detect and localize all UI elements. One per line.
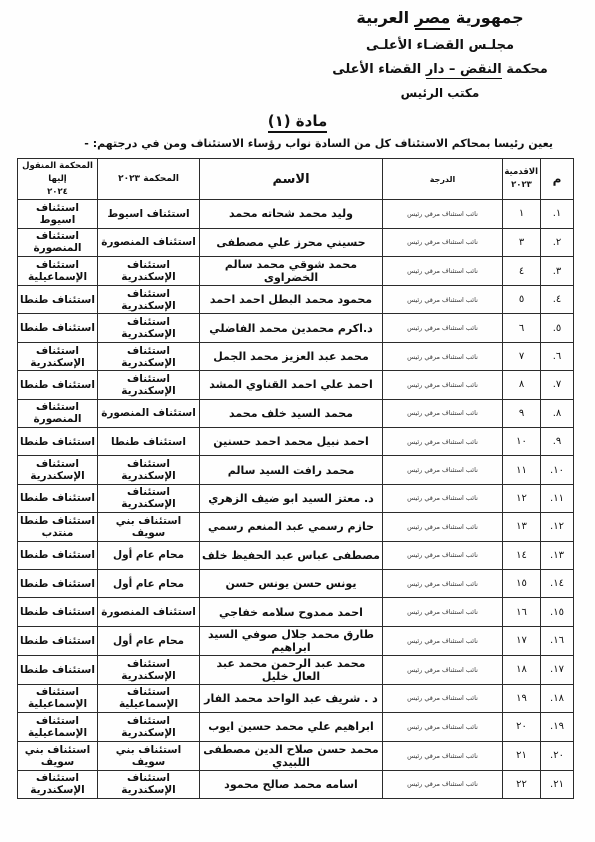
court-2023-cell: استئناف الإسكندرية: [98, 456, 200, 484]
name-cell: محمد عبد الرحمن محمد عبد العال خليل: [200, 655, 383, 684]
document-page: جمهورية مصر العربية مجلـس القضـاء الأعلـ…: [0, 0, 595, 842]
court-to-cell: استئناف طنطا: [18, 427, 98, 455]
seniority-cell: ١٤: [503, 541, 541, 569]
row-number-cell: ١.: [541, 200, 574, 228]
court-2023-cell: محام عام أول: [98, 541, 200, 569]
row-number-cell: ١٥.: [541, 598, 574, 626]
court-2023-cell: استئناف الإسكندرية: [98, 655, 200, 684]
grade-cell: نائب استئناف مرقي رئيس: [383, 427, 503, 455]
court-to-cell: استئناف طنطا: [18, 598, 98, 626]
seniority-cell: ٢٠: [503, 713, 541, 741]
court-to-cell: استئناف طنطا منتدب: [18, 513, 98, 541]
court-to-cell: استئناف طنطا: [18, 286, 98, 314]
table-row: ٤. ٥ نائب استئناف مرقي رئيس محمود محمد ا…: [18, 286, 574, 314]
seniority-cell: ١٧: [503, 626, 541, 655]
grade-cell: نائب استئناف مرقي رئيس: [383, 541, 503, 569]
court-to-cell: استئناف الإسكندرية: [18, 456, 98, 484]
court-to-cell: استئناف طنطا: [18, 371, 98, 399]
name-cell: محمود محمد البطل احمد احمد: [200, 286, 383, 314]
grade-cell: نائب استئناف مرقي رئيس: [383, 342, 503, 370]
court-2023-cell: استئناف الإسكندرية: [98, 713, 200, 741]
grade-cell: نائب استئناف مرقي رئيس: [383, 569, 503, 597]
name-cell: د . شريف عبد الواحد محمد الفار: [200, 684, 383, 712]
row-number-cell: ١٩.: [541, 713, 574, 741]
name-cell: محمد حسن صلاح الدين مصطفى اللبيدي: [200, 741, 383, 770]
country-title-part1: جمهورية: [456, 8, 524, 27]
seniority-cell: ١١: [503, 456, 541, 484]
court-line-underlined: النقض – دار: [426, 62, 502, 79]
office-line: مكتب الرئيس: [305, 86, 575, 100]
article-intro: يعين رئيسا بمحاكم الاستئناف كل من السادة…: [20, 137, 553, 150]
table-row: ٨. ٩ نائب استئناف مرقي رئيس محمد السيد خ…: [18, 399, 574, 427]
country-title-part3: العربية: [356, 8, 409, 27]
court-line: محكمة النقض – دار القضاء الأعلى: [305, 62, 575, 77]
header-court-2023: المحكمة ٢٠٢٣: [98, 159, 200, 200]
table-row: ٩. ١٠ نائب استئناف مرقي رئيس احمد نبيل م…: [18, 427, 574, 455]
name-cell: اسامه محمد صالح محمود: [200, 770, 383, 798]
seniority-cell: ٣: [503, 228, 541, 256]
name-cell: احمد علي احمد القناوي المشد: [200, 371, 383, 399]
court-2023-cell: استئناف الإسكندرية: [98, 257, 200, 286]
table-row: ١١. ١٢ نائب استئناف مرقي رئيس د. معتز ال…: [18, 484, 574, 512]
court-2023-cell: استئناف الإسكندرية: [98, 484, 200, 512]
table-row: ١. ١ نائب استئناف مرقي رئيس وليد محمد شح…: [18, 200, 574, 228]
name-cell: طارق محمد جلال صوفي السيد ابراهيم: [200, 626, 383, 655]
seniority-cell: ٩: [503, 399, 541, 427]
row-number-cell: ١٢.: [541, 513, 574, 541]
court-2023-cell: استئناف الإسكندرية: [98, 371, 200, 399]
country-title-part2: مصر: [415, 8, 451, 30]
court-2023-cell: استئناف الإسكندرية: [98, 770, 200, 798]
seniority-cell: ١٢: [503, 484, 541, 512]
grade-cell: نائب استئناف مرقي رئيس: [383, 371, 503, 399]
name-cell: حسيني محرز علي مصطفى: [200, 228, 383, 256]
row-number-cell: ٢.: [541, 228, 574, 256]
court-to-cell: استئناف الإسكندرية: [18, 342, 98, 370]
grade-cell: نائب استئناف مرقي رئيس: [383, 456, 503, 484]
name-cell: وليد محمد شحاته محمد: [200, 200, 383, 228]
name-cell: يونس حسن يونس حسن: [200, 569, 383, 597]
court-to-cell: استئناف الإسماعيلية: [18, 713, 98, 741]
seniority-cell: ١٠: [503, 427, 541, 455]
grade-cell: نائب استئناف مرقي رئيس: [383, 314, 503, 342]
name-cell: حازم رسمي عبد المنعم رسمي: [200, 513, 383, 541]
table-row: ١٤. ١٥ نائب استئناف مرقي رئيس يونس حسن ي…: [18, 569, 574, 597]
seniority-cell: ٤: [503, 257, 541, 286]
court-2023-cell: استئناف المنصورة: [98, 598, 200, 626]
name-cell: احمد ممدوح سلامه خفاجي: [200, 598, 383, 626]
table-row: ١٩. ٢٠ نائب استئناف مرقي رئيس ابراهيم عل…: [18, 713, 574, 741]
grade-cell: نائب استئناف مرقي رئيس: [383, 399, 503, 427]
court-to-cell: استئناف المنصورة: [18, 228, 98, 256]
letterhead: جمهورية مصر العربية مجلـس القضـاء الأعلـ…: [305, 8, 575, 100]
grade-cell: نائب استئناف مرقي رئيس: [383, 257, 503, 286]
seniority-cell: ١: [503, 200, 541, 228]
court-2023-cell: استئناف المنصورة: [98, 399, 200, 427]
header-row: م الاقدمية ٢٠٢٣ الدرجة الاسم المحكمة ٢٠٢…: [18, 159, 574, 200]
header-seniority: الاقدمية ٢٠٢٣: [503, 159, 541, 200]
row-number-cell: ٧.: [541, 371, 574, 399]
court-to-cell: استئناف طنطا: [18, 484, 98, 512]
court-to-cell: استئناف اسيوط: [18, 200, 98, 228]
name-cell: محمد عبد العزيز محمد الجمل: [200, 342, 383, 370]
table-row: ١٠. ١١ نائب استئناف مرقي رئيس محمد رافت …: [18, 456, 574, 484]
grade-cell: نائب استئناف مرقي رئيس: [383, 713, 503, 741]
grade-cell: نائب استئناف مرقي رئيس: [383, 286, 503, 314]
row-number-cell: ٩.: [541, 427, 574, 455]
header-court-to-line2: ٢٠٢٤: [20, 186, 95, 199]
grade-cell: نائب استئناف مرقي رئيس: [383, 770, 503, 798]
court-to-cell: استئناف طنطا: [18, 626, 98, 655]
table-row: ٦. ٧ نائب استئناف مرقي رئيس محمد عبد الع…: [18, 342, 574, 370]
article-title-text: مادة (١): [268, 112, 328, 133]
grade-cell: نائب استئناف مرقي رئيس: [383, 200, 503, 228]
seniority-cell: ٨: [503, 371, 541, 399]
grade-cell: نائب استئناف مرقي رئيس: [383, 228, 503, 256]
row-number-cell: ٣.: [541, 257, 574, 286]
table-row: ٢١. ٢٢ نائب استئناف مرقي رئيس اسامه محمد…: [18, 770, 574, 798]
name-cell: محمد رافت السيد سالم: [200, 456, 383, 484]
row-number-cell: ١١.: [541, 484, 574, 512]
seniority-cell: ١٩: [503, 684, 541, 712]
header-num: م: [541, 159, 574, 200]
seniority-cell: ١٨: [503, 655, 541, 684]
grade-cell: نائب استئناف مرقي رئيس: [383, 626, 503, 655]
judges-table-body: ١. ١ نائب استئناف مرقي رئيس وليد محمد شح…: [18, 200, 574, 799]
court-to-cell: استئناف الإسماعيلية: [18, 257, 98, 286]
row-number-cell: ١٣.: [541, 541, 574, 569]
table-row: ١٣. ١٤ نائب استئناف مرقي رئيس مصطفى عباس…: [18, 541, 574, 569]
row-number-cell: ٦.: [541, 342, 574, 370]
council-line: مجلـس القضـاء الأعلـى: [305, 38, 575, 53]
court-to-cell: استئناف الإسكندرية: [18, 770, 98, 798]
article-title: مادة (١): [0, 112, 595, 130]
court-to-cell: استئناف بني سويف: [18, 741, 98, 770]
country-title: جمهورية مصر العربية: [305, 8, 575, 27]
court-line-post: القضاء الأعلى: [332, 62, 421, 77]
court-to-cell: استئناف الإسماعيلية: [18, 684, 98, 712]
court-to-cell: استئناف طنطا: [18, 655, 98, 684]
header-name: الاسم: [200, 159, 383, 200]
court-2023-cell: استئناف الإسكندرية: [98, 314, 200, 342]
seniority-cell: ١٦: [503, 598, 541, 626]
header-seniority-line2: ٢٠٢٣: [505, 179, 538, 192]
row-number-cell: ١٧.: [541, 655, 574, 684]
court-2023-cell: محام عام أول: [98, 626, 200, 655]
row-number-cell: ١٤.: [541, 569, 574, 597]
row-number-cell: ٨.: [541, 399, 574, 427]
table-row: ١٧. ١٨ نائب استئناف مرقي رئيس محمد عبد ا…: [18, 655, 574, 684]
header-grade: الدرجة: [383, 159, 503, 200]
court-2023-cell: استئناف الإسكندرية: [98, 286, 200, 314]
court-2023-cell: استئناف بني سويف: [98, 513, 200, 541]
name-cell: محمد شوقي محمد سالم الخضراوى: [200, 257, 383, 286]
court-2023-cell: استئناف المنصورة: [98, 228, 200, 256]
table-row: ٢٠. ٢١ نائب استئناف مرقي رئيس محمد حسن ص…: [18, 741, 574, 770]
court-2023-cell: استئناف بني سويف: [98, 741, 200, 770]
seniority-cell: ٢١: [503, 741, 541, 770]
seniority-cell: ١٥: [503, 569, 541, 597]
court-to-cell: استئناف طنطا: [18, 541, 98, 569]
judges-table: م الاقدمية ٢٠٢٣ الدرجة الاسم المحكمة ٢٠٢…: [17, 158, 574, 799]
court-to-cell: استئناف طنطا: [18, 314, 98, 342]
court-to-cell: استئناف طنطا: [18, 569, 98, 597]
table-row: ٢. ٣ نائب استئناف مرقي رئيس حسيني محرز ع…: [18, 228, 574, 256]
seniority-cell: ٥: [503, 286, 541, 314]
grade-cell: نائب استئناف مرقي رئيس: [383, 684, 503, 712]
header-seniority-line1: الاقدمية: [505, 166, 538, 179]
court-2023-cell: استئناف اسيوط: [98, 200, 200, 228]
row-number-cell: ٥.: [541, 314, 574, 342]
table-row: ١٥. ١٦ نائب استئناف مرقي رئيس احمد ممدوح…: [18, 598, 574, 626]
grade-cell: نائب استئناف مرقي رئيس: [383, 741, 503, 770]
name-cell: د.اكرم محمدين محمد الفاضلي: [200, 314, 383, 342]
header-court-to-line1: المحكمة المنقول إليها: [20, 160, 95, 186]
name-cell: د. معتز السيد ابو ضيف الزهري: [200, 484, 383, 512]
judges-table-header: م الاقدمية ٢٠٢٣ الدرجة الاسم المحكمة ٢٠٢…: [18, 159, 574, 200]
grade-cell: نائب استئناف مرقي رئيس: [383, 484, 503, 512]
table-row: ١٨. ١٩ نائب استئناف مرقي رئيس د . شريف ع…: [18, 684, 574, 712]
name-cell: محمد السيد خلف محمد: [200, 399, 383, 427]
row-number-cell: ١٦.: [541, 626, 574, 655]
grade-cell: نائب استئناف مرقي رئيس: [383, 655, 503, 684]
table-row: ٥. ٦ نائب استئناف مرقي رئيس د.اكرم محمدي…: [18, 314, 574, 342]
seniority-cell: ٧: [503, 342, 541, 370]
grade-cell: نائب استئناف مرقي رئيس: [383, 598, 503, 626]
row-number-cell: ٢٠.: [541, 741, 574, 770]
court-2023-cell: استئناف الإسكندرية: [98, 342, 200, 370]
name-cell: احمد نبيل محمد احمد حسنين: [200, 427, 383, 455]
table-row: ٣. ٤ نائب استئناف مرقي رئيس محمد شوقي مح…: [18, 257, 574, 286]
court-to-cell: استئناف المنصورة: [18, 399, 98, 427]
row-number-cell: ٤.: [541, 286, 574, 314]
grade-cell: نائب استئناف مرقي رئيس: [383, 513, 503, 541]
court-2023-cell: محام عام أول: [98, 569, 200, 597]
row-number-cell: ٢١.: [541, 770, 574, 798]
court-2023-cell: استئناف طنطا: [98, 427, 200, 455]
seniority-cell: ٦: [503, 314, 541, 342]
table-row: ٧. ٨ نائب استئناف مرقي رئيس احمد علي احم…: [18, 371, 574, 399]
court-2023-cell: استئناف الإسماعيلية: [98, 684, 200, 712]
table-row: ١٦. ١٧ نائب استئناف مرقي رئيس طارق محمد …: [18, 626, 574, 655]
seniority-cell: ١٣: [503, 513, 541, 541]
name-cell: ابراهيم علي محمد حسين ايوب: [200, 713, 383, 741]
court-line-pre: محكمة: [506, 62, 548, 77]
row-number-cell: ١٨.: [541, 684, 574, 712]
name-cell: مصطفى عباس عبد الحفيظ خلف: [200, 541, 383, 569]
table-row: ١٢. ١٣ نائب استئناف مرقي رئيس حازم رسمي …: [18, 513, 574, 541]
seniority-cell: ٢٢: [503, 770, 541, 798]
row-number-cell: ١٠.: [541, 456, 574, 484]
header-court-to: المحكمة المنقول إليها ٢٠٢٤: [18, 159, 98, 200]
